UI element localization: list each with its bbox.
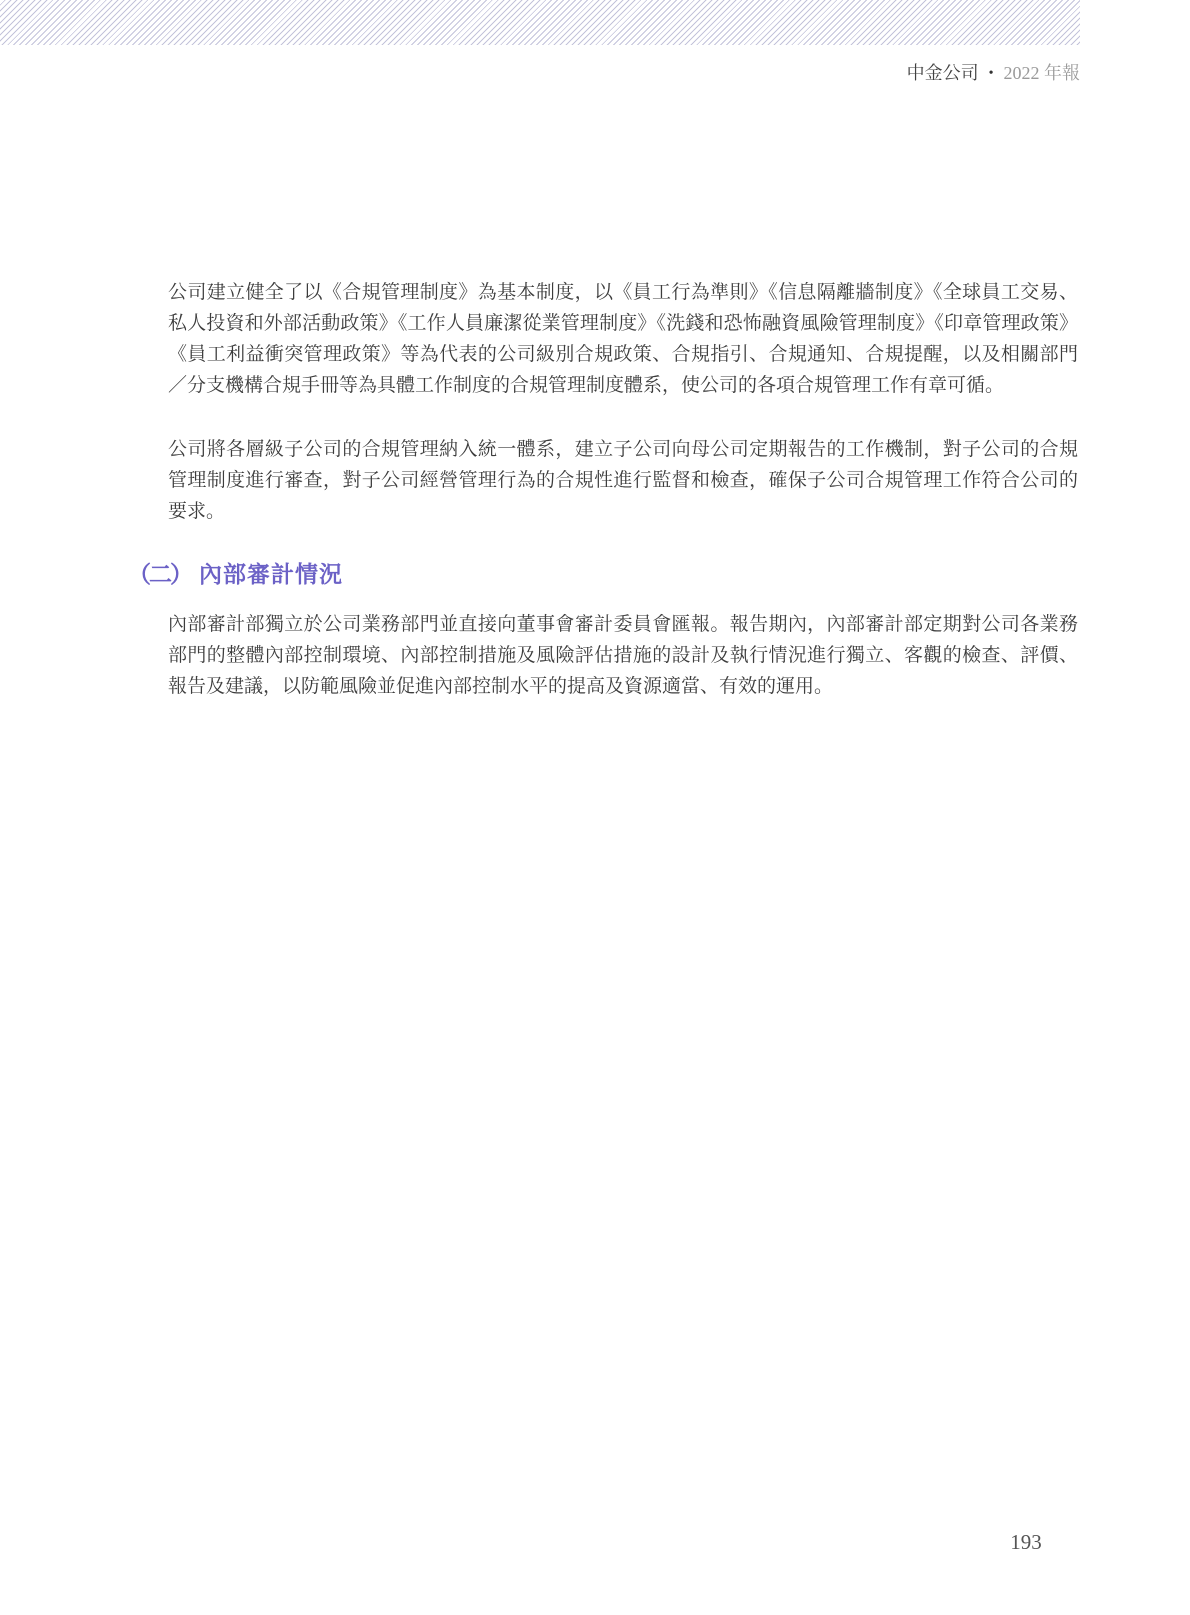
section-heading-number: （二） [128, 559, 191, 589]
paragraph-subsidiary-compliance: 公司將各層級子公司的合規管理納入統一體系，建立子公司向母公司定期報告的工作機制，… [168, 434, 1078, 527]
page-number: 193 [976, 1530, 1076, 1555]
paragraph-compliance-system: 公司建立健全了以《合規管理制度》為基本制度，以《員工行為準則》《信息隔離牆制度》… [168, 277, 1078, 401]
paragraph-internal-audit: 內部審計部獨立於公司業務部門並直接向董事會審計委員會匯報。報告期內，內部審計部定… [168, 609, 1078, 702]
section-heading-internal-audit: （二） 內部審計情況 [128, 559, 343, 589]
section-heading-title: 內部審計情況 [199, 559, 343, 589]
header-bullet-separator: • [989, 66, 994, 81]
header-company-name: 中金公司 [907, 63, 979, 83]
header-year-label: 2022 年報 [1004, 63, 1081, 83]
running-header: 中金公司•2022 年報 [907, 60, 1080, 87]
document-page: 中金公司•2022 年報 公司建立健全了以《合規管理制度》為基本制度，以《員工行… [0, 0, 1190, 1615]
decorative-hatch-pattern [0, 0, 1080, 45]
